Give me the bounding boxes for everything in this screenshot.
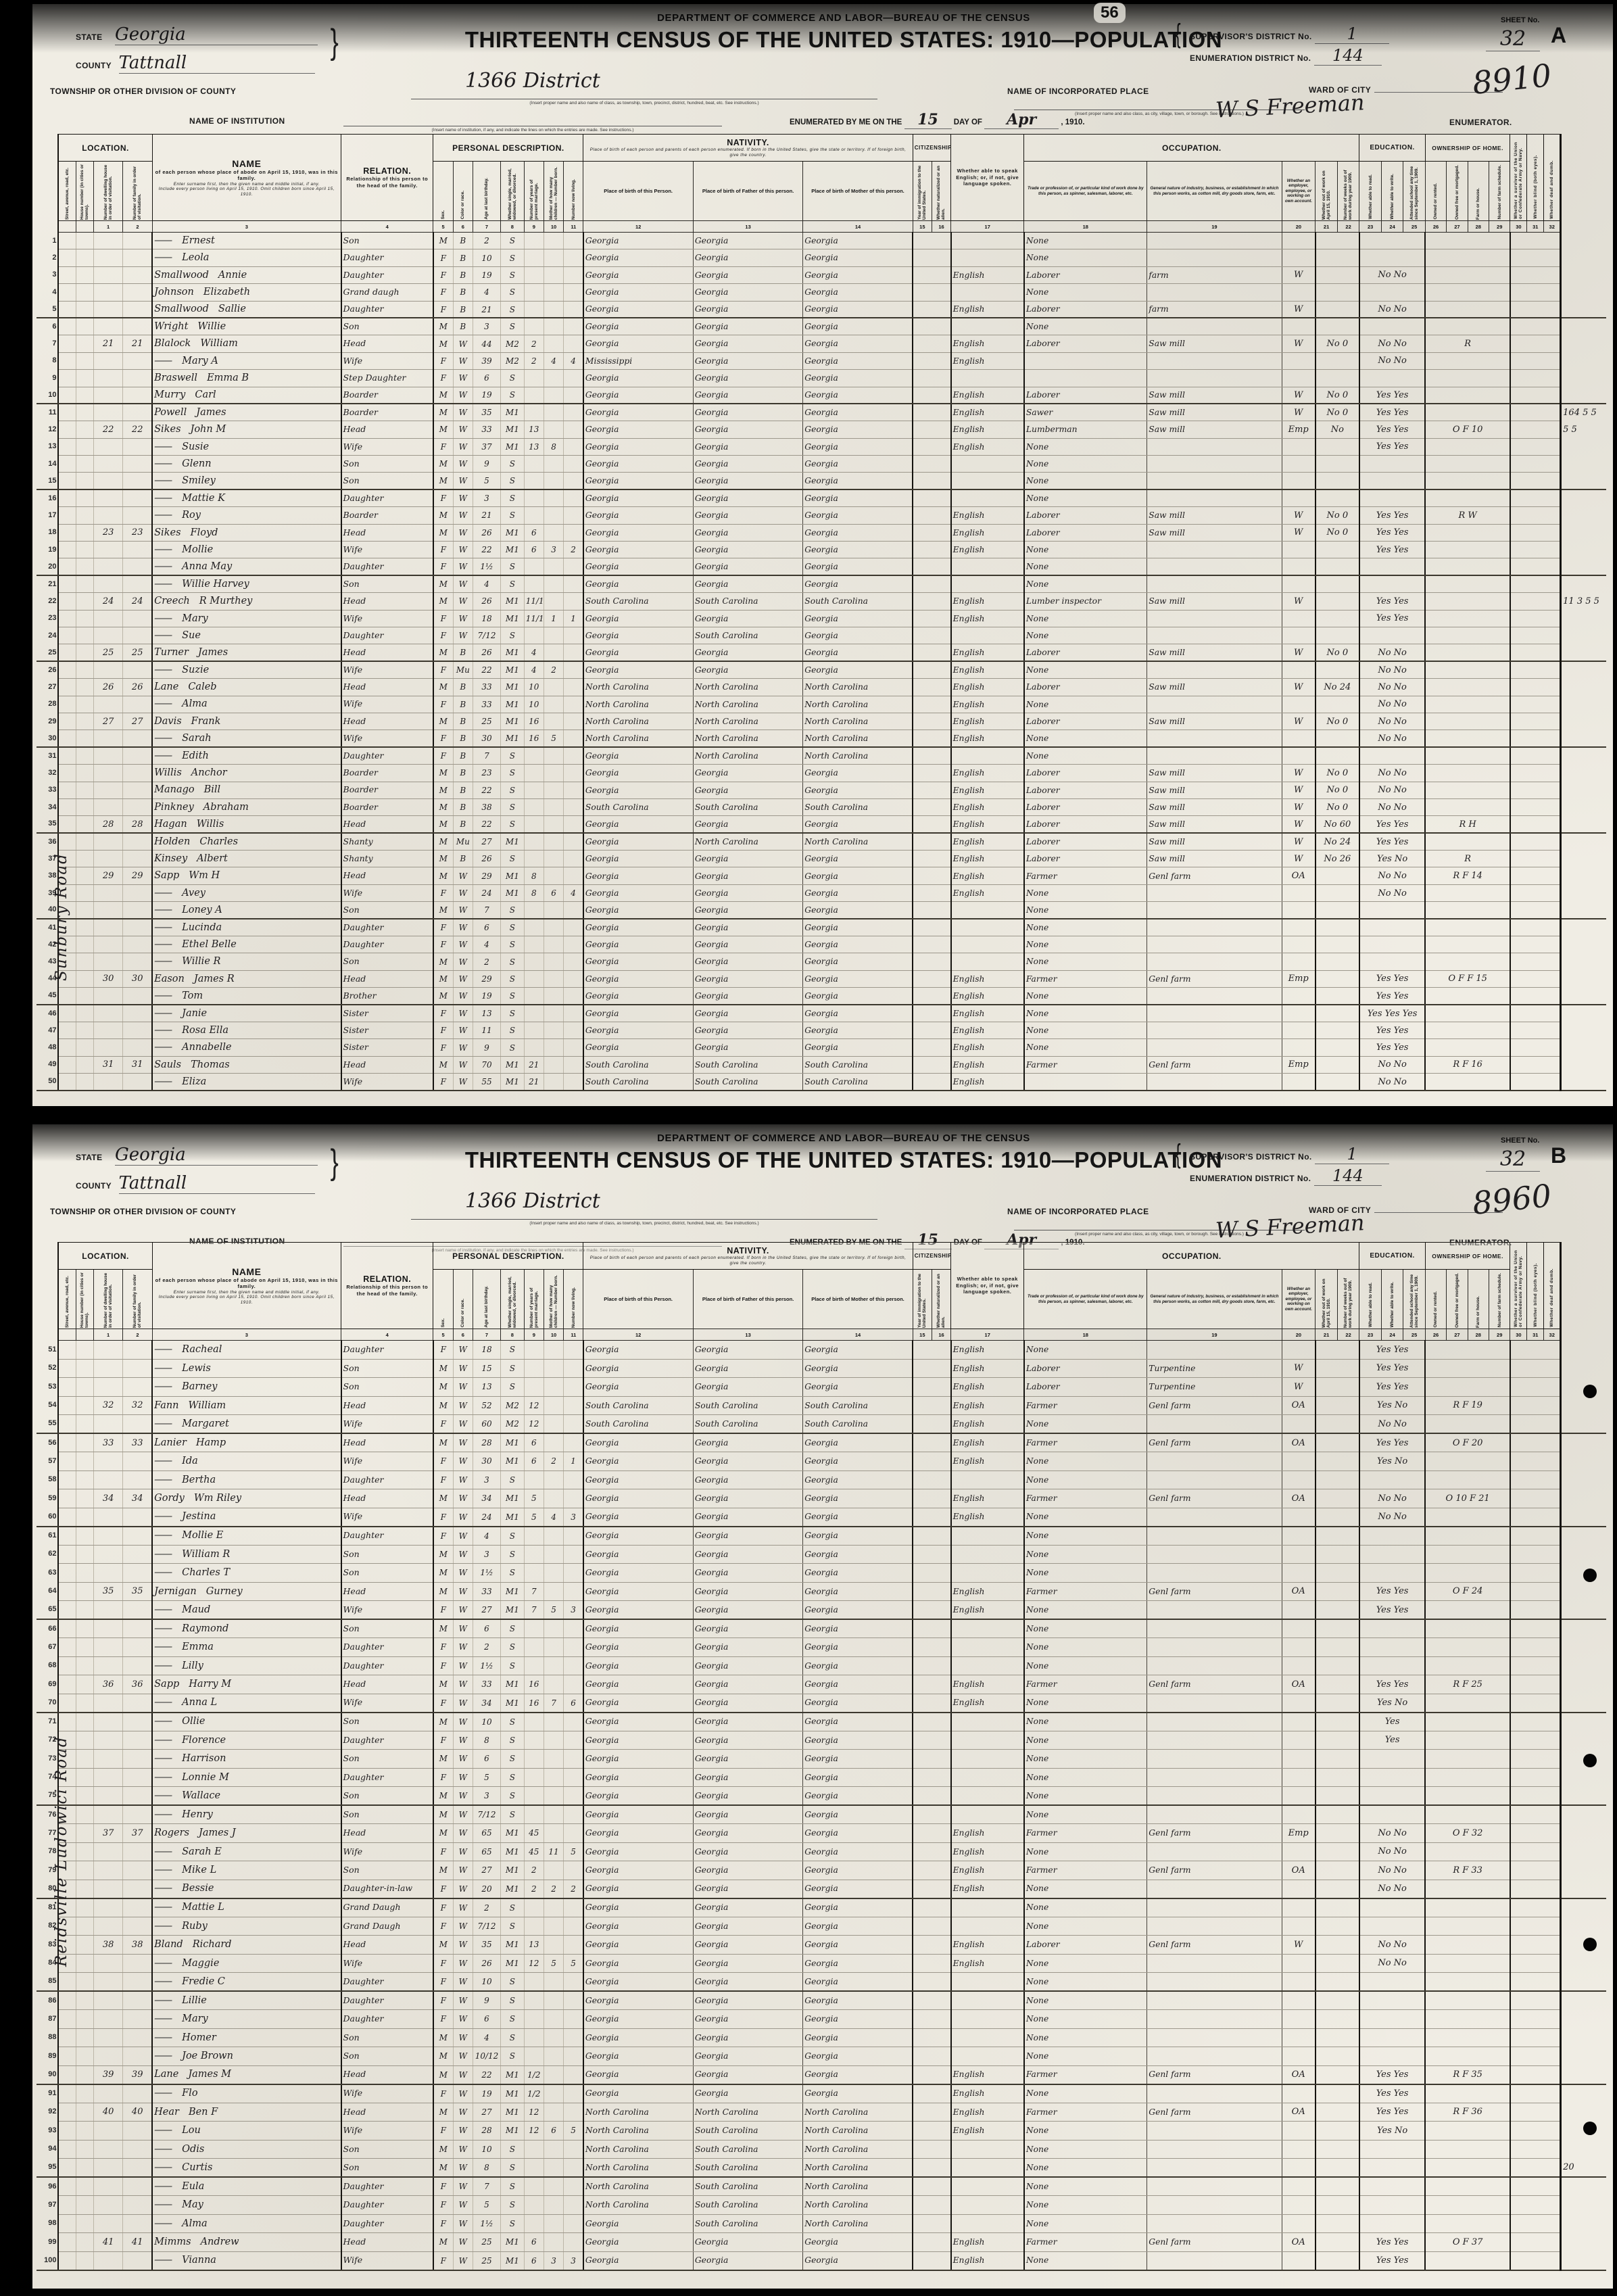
given-name: Avey (182, 888, 206, 899)
cell-children-living (564, 1973, 583, 1992)
cell-marital: S (501, 1787, 525, 1806)
cell-family-number (123, 1898, 152, 1917)
cell-education (1359, 1750, 1425, 1769)
cell-family-number (123, 1954, 152, 1973)
cell-employment-class: W (1282, 798, 1316, 815)
cell-house-number (76, 730, 93, 747)
census-row: 97——MayDaughterFW5SNorth CarolinaSouth C… (37, 2196, 1606, 2215)
cell-marital: M2 (501, 1415, 525, 1434)
cell-industry (1147, 1452, 1282, 1471)
cell-house-number (76, 575, 93, 592)
cell-out-of-work (1316, 988, 1359, 1005)
cell-birthplace-person: Georgia (583, 1880, 693, 1898)
cell-home-ownership: R F 25 (1425, 1675, 1510, 1694)
cell-name: ——Barney (152, 1378, 341, 1397)
cell-children-living (564, 1619, 583, 1638)
census-row: 4JohnsonElizabethGrand daughFB4SGeorgiaG… (37, 284, 1606, 301)
cell-age: 9 (473, 456, 500, 473)
cell-infirmities (1510, 2177, 1561, 2196)
cell-margin-note (1561, 249, 1606, 266)
cell-trade: None (1024, 1638, 1147, 1657)
cell-color: W (453, 1842, 473, 1861)
cell-relation: Head (341, 1936, 433, 1955)
cell-marital: M1 (501, 867, 525, 884)
cell-children-born (544, 1675, 563, 1694)
cell-employment-class (1282, 370, 1316, 387)
cell-street (58, 473, 76, 489)
cell-home-ownership (1425, 798, 1510, 815)
ditto-mark: —— (154, 510, 171, 521)
given-name: Emma B (207, 373, 249, 383)
cell-marital: M2 (501, 1396, 525, 1415)
col-birthplace-father: Place of birth of Father of this person. (693, 162, 802, 221)
col-marital: Whether single, married, widowed, or div… (501, 162, 525, 221)
cell-out-of-work (1316, 1489, 1359, 1508)
census-row: 6WrightWillieSonMB3SGeorgiaGeorgiaGeorgi… (37, 318, 1606, 335)
cell-english: English (951, 1861, 1024, 1880)
cell-house-number (76, 884, 93, 901)
cell-birthplace-mother: Georgia (803, 575, 913, 592)
given-name: Lou (182, 2125, 201, 2136)
cell-family-number (123, 1005, 152, 1022)
ditto-mark: —— (154, 1735, 171, 1746)
cell-birthplace-mother: Georgia (803, 352, 913, 369)
ditto-mark: —— (154, 733, 171, 744)
cell-marital: S (501, 1545, 525, 1564)
cell-color: B (453, 284, 473, 301)
cell-relation: Wife (341, 2084, 433, 2103)
cell-out-of-work: No 0 (1316, 798, 1359, 815)
cell-trade: None (1024, 438, 1147, 455)
cell-house-number (76, 2010, 93, 2029)
cell-home-ownership (1425, 370, 1510, 387)
given-name: Tom (182, 990, 203, 1001)
cell-education (1359, 1991, 1425, 2010)
cell-children-living (564, 2028, 583, 2047)
col-children-living: Number now living. (564, 162, 583, 221)
cell-employment-class (1282, 1880, 1316, 1898)
census-row: 24——SueDaughterFW7/12SGeorgiaSouth Carol… (37, 627, 1606, 644)
cell-trade: None (1024, 1508, 1147, 1527)
given-name: Odis (182, 2144, 204, 2155)
cell-home-ownership (1425, 1768, 1510, 1787)
cell-education: No No (1359, 867, 1425, 884)
cell-marital: S (501, 1039, 525, 1056)
cell-family-number: 37 (123, 1824, 152, 1843)
cell-relation: Head (341, 1396, 433, 1415)
cell-citizenship (913, 318, 950, 335)
cell-relation: Head (341, 1056, 433, 1073)
given-name: Andrew (201, 2237, 239, 2247)
cell-children-living: 4 (564, 352, 583, 369)
cell-citizenship (913, 1396, 950, 1415)
cell-industry: farm (1147, 266, 1282, 283)
free-mortgaged-head: Owned free or mortgaged. (1455, 165, 1459, 220)
cell-out-of-work (1316, 2010, 1359, 2029)
cell-house-number (76, 1750, 93, 1769)
cell-employment-class: W (1282, 1378, 1316, 1397)
cell-english (951, 2214, 1024, 2233)
cell-street (58, 489, 76, 506)
cell-dwelling-number (93, 782, 122, 798)
cell-out-of-work (1316, 233, 1359, 249)
cell-age: 6 (473, 1750, 500, 1769)
col-sex: Sex. (433, 1270, 453, 1329)
cell-trade: Laborer (1024, 644, 1147, 661)
cell-home-ownership (1425, 884, 1510, 901)
cell-employment-class (1282, 1954, 1316, 1973)
cell-employment-class (1282, 2010, 1316, 2029)
line-number: 4 (37, 284, 58, 301)
cell-birthplace-father: Georgia (693, 233, 802, 249)
cell-out-of-work (1316, 747, 1359, 764)
surname: Wright (154, 321, 188, 332)
cell-sex: F (433, 696, 453, 713)
cell-english: English (951, 2251, 1024, 2270)
cell-home-ownership: O F F 15 (1425, 970, 1510, 987)
cell-home-ownership (1425, 833, 1510, 850)
cell-infirmities (1510, 1638, 1561, 1657)
cell-family-number (123, 1022, 152, 1038)
column-number: 26 (1425, 221, 1446, 233)
cell-margin-note (1561, 2028, 1606, 2047)
cell-employment-class: W (1282, 679, 1316, 696)
cell-street (58, 542, 76, 558)
cell-birthplace-person: Georgia (583, 284, 693, 301)
cell-citizenship (913, 335, 950, 352)
cell-street (58, 352, 76, 369)
cell-trade: Farmer (1024, 2065, 1147, 2084)
cell-sex: M (433, 335, 453, 352)
cell-house-number (76, 2159, 93, 2178)
surname: Smallwood (154, 304, 209, 314)
cell-relation: Son (341, 233, 433, 249)
cell-english: English (951, 1005, 1024, 1022)
given-name: Sarah (182, 733, 212, 744)
cell-margin-note (1561, 661, 1606, 678)
cell-years-married (524, 798, 544, 815)
cell-home-ownership (1425, 696, 1510, 713)
county-field: COUNTY Tattnall (76, 53, 315, 74)
cell-industry: Saw mill (1147, 507, 1282, 524)
cell-dwelling-number: 34 (93, 1489, 122, 1508)
cell-family-number (123, 1564, 152, 1583)
cell-infirmities (1510, 679, 1561, 696)
cell-house-number (76, 713, 93, 730)
cell-age: 24 (473, 1508, 500, 1527)
cell-family-number (123, 542, 152, 558)
cell-education (1359, 953, 1425, 970)
cell-relation: Son (341, 1378, 433, 1397)
cell-children-living (564, 782, 583, 798)
sheet-stamp-number: 8910 (1470, 57, 1553, 101)
cell-citizenship (913, 1936, 950, 1955)
given-name: Gurney (206, 1586, 243, 1597)
cell-infirmities (1510, 2028, 1561, 2047)
cell-margin-note (1561, 438, 1606, 455)
cell-birthplace-father: Georgia (693, 352, 802, 369)
cell-industry (1147, 988, 1282, 1005)
cell-education: Yes No (1359, 1694, 1425, 1713)
cell-marital: S (501, 1638, 525, 1657)
cell-name: ——Rosa Ella (152, 1022, 341, 1038)
cell-out-of-work: No 0 (1316, 782, 1359, 798)
cell-dwelling-number (93, 266, 122, 283)
given-name: May (182, 2199, 203, 2210)
trade-head: Trade or profession of, or particular ki… (1025, 1294, 1145, 1304)
cell-children-living (564, 2084, 583, 2103)
cell-out-of-work (1316, 2251, 1359, 2270)
cell-marital: M1 (501, 1452, 525, 1471)
surname: Powell (154, 407, 187, 418)
cell-children-born: 2 (544, 661, 563, 678)
cell-citizenship (913, 2214, 950, 2233)
cell-education: Yes Yes (1359, 421, 1425, 438)
cell-citizenship (913, 953, 950, 970)
ditto-mark: —— (154, 2032, 171, 2043)
cell-employment-class (1282, 627, 1316, 644)
cell-children-living (564, 335, 583, 352)
cell-age: 2 (473, 1898, 500, 1917)
cell-age: 55 (473, 1074, 500, 1091)
cell-employment-class (1282, 1768, 1316, 1787)
cell-house-number (76, 1861, 93, 1880)
cell-industry (1147, 2028, 1282, 2047)
cell-name: LanierHamp (152, 1433, 341, 1452)
cell-infirmities (1510, 833, 1561, 850)
cell-birthplace-person: Georgia (583, 318, 693, 335)
cell-birthplace-father: Georgia (693, 867, 802, 884)
cell-color: B (453, 851, 473, 867)
cell-children-born (544, 988, 563, 1005)
cell-trade: None (1024, 2214, 1147, 2233)
cell-employment-class: OA (1282, 1675, 1316, 1694)
cell-english (951, 2159, 1024, 2178)
cell-industry (1147, 2159, 1282, 2178)
cell-margin-note (1561, 627, 1606, 644)
cell-color: W (453, 1787, 473, 1806)
cell-dwelling-number (93, 1656, 122, 1675)
census-row: 34PinkneyAbrahamBoarderMB38SSouth Caroli… (37, 798, 1606, 815)
cell-name: ——Florence (152, 1731, 341, 1750)
cell-birthplace-father: Georgia (693, 335, 802, 352)
cell-birthplace-father: Georgia (693, 1452, 802, 1471)
cell-birthplace-mother: Georgia (803, 1768, 913, 1787)
cell-infirmities (1510, 867, 1561, 884)
cell-marital: S (501, 507, 525, 524)
census-row: 493131SaulsThomasHeadMW70M121South Carol… (37, 1056, 1606, 1073)
census-row: 74——Lonnie MDaughterFW5SGeorgiaGeorgiaGe… (37, 1768, 1606, 1787)
cell-out-of-work (1316, 661, 1359, 678)
cell-employment-class (1282, 1022, 1316, 1038)
cell-margin-note (1561, 335, 1606, 352)
cell-house-number (76, 335, 93, 352)
cell-birthplace-mother: Georgia (803, 2251, 913, 2270)
census-row: 10MurryCarlBoarderMW19SGeorgiaGeorgiaGeo… (37, 387, 1606, 404)
cell-family-number (123, 988, 152, 1005)
cell-family-number (123, 489, 152, 506)
ditto-mark: —— (154, 939, 171, 950)
cell-age: 2 (473, 233, 500, 249)
cell-margin-note (1561, 1415, 1606, 1434)
cell-house-number (76, 318, 93, 335)
cell-birthplace-father: Georgia (693, 489, 802, 506)
cell-dwelling-number (93, 249, 122, 266)
cell-family-number: 40 (123, 2103, 152, 2122)
enumeration-label: ENUMERATION DISTRICT No. (1190, 1174, 1311, 1183)
cell-english: English (951, 1842, 1024, 1861)
column-number: 22 (1337, 1329, 1359, 1341)
cell-employment-class: W (1282, 851, 1316, 867)
cell-birthplace-mother: Georgia (803, 421, 913, 438)
cell-dwelling-number (93, 1861, 122, 1880)
cell-birthplace-person: North Carolina (583, 696, 693, 713)
cell-sex: F (433, 1917, 453, 1936)
cell-birthplace-father: Georgia (693, 1359, 802, 1378)
ditto-mark: —— (154, 1809, 171, 1820)
cell-sex: M (433, 1433, 453, 1452)
cell-employment-class (1282, 1508, 1316, 1527)
cell-birthplace-mother: Georgia (803, 661, 913, 678)
cell-birthplace-mother: Georgia (803, 473, 913, 489)
cell-children-living: 4 (564, 884, 583, 901)
cell-age: 25 (473, 2233, 500, 2252)
cell-citizenship (913, 851, 950, 867)
cell-name: ——Avey (152, 884, 341, 901)
cell-years-married (524, 1527, 544, 1546)
cell-house-number (76, 1824, 93, 1843)
ditto-mark: —— (154, 475, 171, 486)
cell-years-married (524, 936, 544, 953)
cell-children-living (564, 249, 583, 266)
cell-dwelling-number (93, 1954, 122, 1973)
name-desc-2: Enter surname first, then the given name… (154, 182, 339, 187)
cell-margin-note (1561, 301, 1606, 318)
cell-margin-note (1561, 782, 1606, 798)
cell-out-of-work (1316, 1056, 1359, 1073)
cell-children-born (544, 2028, 563, 2047)
given-name: Willie Harvey (182, 579, 249, 590)
cell-dwelling-number (93, 696, 122, 713)
cell-margin-note (1561, 1452, 1606, 1471)
table-header: LOCATION. NAME of each person whose plac… (37, 1243, 1606, 1341)
cell-birthplace-father: Georgia (693, 542, 802, 558)
cell-education: No No (1359, 352, 1425, 369)
cell-relation: Daughter (341, 1656, 433, 1675)
cell-sex: M (433, 1713, 453, 1731)
cell-age: 8 (473, 2159, 500, 2178)
cell-birthplace-father: Georgia (693, 1656, 802, 1675)
cell-english: English (951, 798, 1024, 815)
cell-street (58, 679, 76, 696)
cell-color: W (453, 1470, 473, 1489)
cell-age: 33 (473, 679, 500, 696)
cell-birthplace-father: Georgia (693, 970, 802, 987)
cell-name: TurnerJames (152, 644, 341, 661)
cell-employment-class: W (1282, 335, 1316, 352)
ditto-mark: —— (154, 1511, 171, 1522)
cell-citizenship (913, 233, 950, 249)
cell-dwelling-number (93, 1973, 122, 1992)
ditto-mark: —— (154, 750, 171, 761)
given-name: James (196, 407, 226, 418)
cell-home-ownership (1425, 2196, 1510, 2215)
cell-infirmities (1510, 953, 1561, 970)
cell-children-born (544, 1396, 563, 1415)
cell-relation: Son (341, 1619, 433, 1638)
cell-children-living (564, 456, 583, 473)
col-dwelling-number: Number of dwelling house in order of vis… (93, 162, 122, 221)
cell-children-born (544, 970, 563, 987)
cell-marital: S (501, 489, 525, 506)
cell-children-living: 2 (564, 1880, 583, 1898)
cell-sex: M (433, 833, 453, 850)
cell-industry (1147, 1022, 1282, 1038)
cell-citizenship (913, 1582, 950, 1601)
census-row: 40——Loney ASonMW7SGeorgiaGeorgiaGeorgiaN… (37, 902, 1606, 919)
cell-citizenship (913, 1005, 950, 1022)
cell-name: ——Willie Harvey (152, 575, 341, 592)
cell-trade: None (1024, 1022, 1147, 1038)
cell-age: 70 (473, 1056, 500, 1073)
cell-infirmities (1510, 2010, 1561, 2029)
institution-field: NAME OF INSTITUTION (189, 115, 285, 127)
cell-infirmities (1510, 919, 1561, 936)
census-row: 47——Rosa EllaSisterFW11SGeorgiaGeorgiaGe… (37, 1022, 1606, 1038)
group-citizenship: CITIZENSHIP. (913, 135, 950, 162)
cell-name: ——Mollie E (152, 1527, 341, 1546)
cell-education (1359, 473, 1425, 489)
cell-color: W (453, 1675, 473, 1694)
cell-relation: Shanty (341, 833, 433, 850)
cell-birthplace-father: Georgia (693, 1564, 802, 1583)
cell-infirmities (1510, 884, 1561, 901)
cell-english: English (951, 1824, 1024, 1843)
cell-infirmities (1510, 2122, 1561, 2140)
cell-color: W (453, 2010, 473, 2029)
column-number: 8 (501, 1329, 525, 1341)
cell-sex: M (433, 798, 453, 815)
cell-home-ownership (1425, 747, 1510, 764)
cell-house-number (76, 1545, 93, 1564)
cell-citizenship (913, 1601, 950, 1620)
cell-citizenship (913, 1842, 950, 1861)
cell-english (951, 456, 1024, 473)
cell-marital: S (501, 1359, 525, 1378)
cell-margin-note (1561, 1954, 1606, 1973)
cell-birthplace-father: Georgia (693, 1341, 802, 1360)
cell-age: 7 (473, 747, 500, 764)
cell-name: ——Sarah E (152, 1842, 341, 1861)
cell-sex: M (433, 387, 453, 404)
cell-infirmities (1510, 1731, 1561, 1750)
cell-trade: None (1024, 988, 1147, 1005)
cell-employment-class (1282, 1039, 1316, 1056)
cell-family-number (123, 318, 152, 335)
cell-birthplace-father: Georgia (693, 524, 802, 541)
cell-relation: Son (341, 456, 433, 473)
cell-years-married (524, 902, 544, 919)
cell-relation: Boarder (341, 765, 433, 782)
census-row: 79——Mike LSonMW27M12GeorgiaGeorgiaGeorgi… (37, 1861, 1606, 1880)
cell-industry: Genl farm (1147, 1861, 1282, 1880)
census-sheet-a: STATE Georgia COUNTY Tattnall } DEPARTME… (32, 4, 1613, 1106)
cell-english (951, 2177, 1024, 2196)
cell-birthplace-mother: Georgia (803, 1954, 913, 1973)
cell-age: 10/12 (473, 2047, 500, 2066)
cell-sex: F (433, 884, 453, 901)
cell-employment-class (1282, 902, 1316, 919)
